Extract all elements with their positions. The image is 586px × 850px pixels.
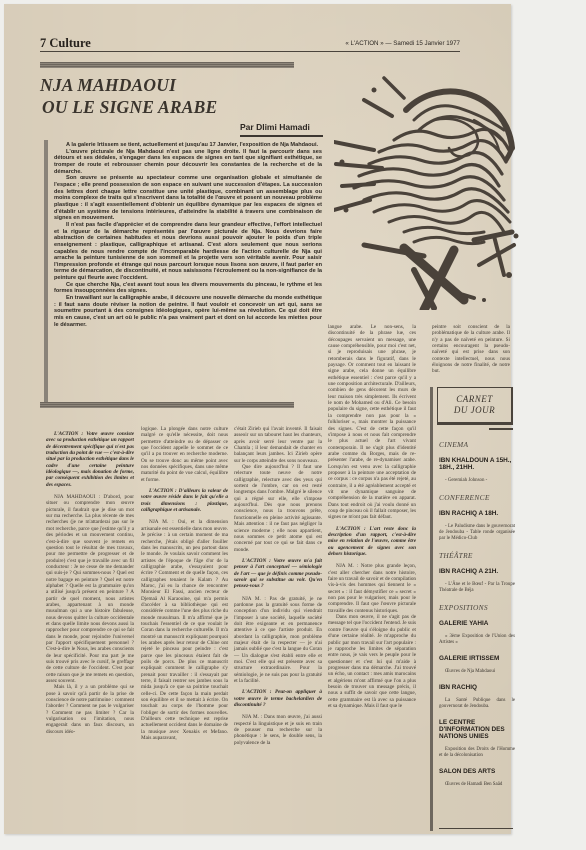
carnet-title-box: CARNET DU JOUR (437, 387, 513, 425)
carnet-description: - L'Âne et le Bœuf - Par la Troupe Théat… (439, 582, 515, 594)
carnet-venue: LE CENTRE D'INFORMATION DES NATIONS UNIE… (439, 719, 515, 740)
interview-question: L'ACTION : Votre œuvre m'a fait penser à… (234, 558, 322, 590)
dateline: « L'ACTION » — Samedi 15 Janvier 1977 (345, 40, 460, 47)
byline-rule (240, 135, 323, 137)
intro-bottom-rule (40, 402, 294, 408)
carnet-du-jour: CARNET DU JOUR CINEMA IBN KHALDOUN A 15H… (430, 387, 510, 831)
interview-answer: Dans mon œuvre, il ne s'agit pas de mess… (328, 614, 416, 709)
carnet-category: CINEMA (439, 440, 515, 449)
carnet-venue: GALERIE IRTISSEM (439, 655, 515, 662)
carnet-title-line-1: CARNET (438, 394, 511, 405)
carnet-venue: IBN RACHIQ (439, 684, 515, 691)
article-column-5: peintre soit conscient de la problématiq… (432, 324, 510, 375)
carnet-venue: IBN KHALDOUN A 15H., 18H., 21HH. (439, 457, 515, 471)
carnet-venue: IBN RACHIQ A 18H. (439, 510, 515, 517)
carnet-title-line-2: DU JOUR (438, 405, 511, 416)
title-line-1: NJA MAHDAOUI (40, 74, 217, 96)
interview-answer: NJA M. : Pas de gratuité, je ne pardonne… (234, 596, 322, 685)
carnet-end-rule (439, 828, 513, 829)
title-line-2: OU LE SIGNE ARABE (40, 96, 217, 118)
interview-question: L'ACTION : L'art reste donc la descripti… (328, 526, 416, 558)
interview-answer: NJA M. : Oui, et la dimension artisanale… (141, 519, 228, 741)
intro-paragraph: Son œuvre se présente au spectateur comm… (54, 175, 322, 222)
carnet-description: - Le Paludisme dans le gouvernorat de Je… (439, 524, 515, 542)
article-column-4: langue arabe. Le non-sens, la discontinu… (328, 324, 416, 709)
carnet-listings: CINEMA IBN KHALDOUN A 15H., 18H., 21HH. … (439, 434, 515, 797)
interview-answer: NJA MAHDAOUI : D'abord, pour situer ou c… (46, 494, 134, 684)
intro-paragraph: En travaillant sur la calligraphie arabe… (54, 295, 322, 328)
article-column-1: L'ACTION : Votre œuvre consiste avec sa … (46, 426, 134, 735)
calligraphy-artwork (334, 60, 544, 310)
intro-paragraph: Il n'est pas facile d'apprécier et de co… (54, 222, 322, 282)
calligraphy-artwork-icon (334, 60, 544, 310)
interview-answer: Mais là, il y a un problème qui se pose … (46, 684, 134, 735)
carnet-category: EXPOSITIONS (439, 603, 515, 612)
carnet-rule (489, 428, 513, 430)
carnet-venue: SALON DES ARTS (439, 768, 515, 775)
interview-answer: NJA M. : Dans mon œuvre, j'ai aussi resp… (234, 714, 322, 746)
article-title: NJA MAHDAOUI OU LE SIGNE ARABE (40, 74, 217, 118)
article-column-3: c'était Zirieb qui l'avait inventé. Il f… (234, 426, 322, 746)
title-rule (40, 62, 294, 68)
intro-side-rule (44, 140, 48, 402)
page-header: 7 Culture « L'ACTION » — Samedi 15 Janvi… (40, 38, 460, 52)
byline: Par Dlimi Hamadi (240, 122, 310, 132)
carnet-description: La Santé Publique dans le gouvernorat de… (439, 698, 515, 710)
carnet-title: CARNET DU JOUR (438, 388, 511, 415)
intro-paragraph: L'œuvre picturale de Nja Mahdaoui n'est … (54, 149, 322, 176)
carnet-category: THÉÂTRE (439, 551, 515, 560)
carnet-description: Œuvres de Hamadi Ben Saâd (439, 782, 515, 788)
newspaper-page: 7 Culture « L'ACTION » — Samedi 15 Janvi… (4, 4, 511, 834)
interview-answer: NJA M. : Notre plus grande leçon, c'est … (328, 563, 416, 614)
interview-question: L'ACTION : D'ailleurs la valeur de votre… (141, 488, 228, 513)
article-column-2: logique. La plongée dans notre culture m… (141, 426, 228, 742)
intro-paragraph: A la galerie Irtissem se tient, actuelle… (54, 142, 322, 149)
interview-question: L'ACTION : Votre œuvre consiste avec sa … (46, 431, 134, 488)
interview-answer: langue arabe. Le non-sens, la discontinu… (328, 324, 416, 521)
carnet-description: « 3ème Exposition de l'Union des Artiste… (439, 634, 515, 646)
interview-answer: logique. La plongée dans notre culture m… (141, 426, 228, 483)
carnet-category: CONFERENCE (439, 493, 515, 502)
carnet-venue: GALERIE YAHIA (439, 620, 515, 627)
article-intro: A la galerie Irtissem se tient, actuelle… (54, 142, 322, 328)
carnet-description: Œuvres de Nja Mahdaoui (439, 669, 515, 675)
intro-paragraph: Ce que cherche Nja, c'est avant tout sou… (54, 282, 322, 295)
interview-answer: Que dire aujourd'hui ? Il faut une relec… (234, 464, 322, 553)
carnet-description: Exposition des Droits de l'Homme et de l… (439, 747, 515, 759)
interview-answer: c'était Zirieb qui l'avait inventé. Il f… (234, 426, 322, 464)
section-label: 7 Culture (40, 36, 91, 51)
interview-question: L'ACTION : Peut-on appliquer à votre œuv… (234, 689, 322, 708)
carnet-venue: IBN RACHIQ A 21H. (439, 568, 515, 575)
carnet-description: - Geremiah Johnson - (439, 478, 515, 484)
interview-answer: peintre soit conscient de la problématiq… (432, 324, 510, 375)
